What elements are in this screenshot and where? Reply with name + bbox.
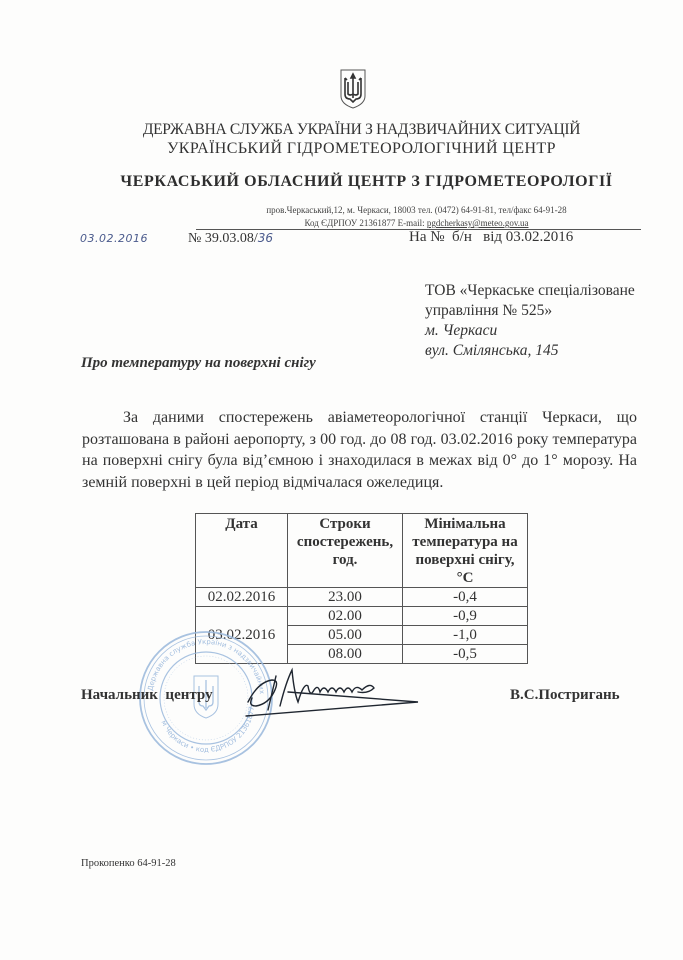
cell-time: 02.00	[288, 607, 403, 626]
header-observation-time: Строки спостережень, год.	[288, 514, 403, 588]
body-paragraph: За даними спостережень авіаметеорологічн…	[82, 407, 637, 493]
reference-number: На № б/н від 03.02.2016	[409, 229, 573, 246]
header-date: Дата	[196, 514, 288, 588]
cell-temp: -0,4	[403, 588, 528, 607]
signatory-name: В.С.Постригань	[510, 687, 620, 704]
cell-date: 02.02.2016	[196, 588, 288, 607]
cell-temp: -0,5	[403, 645, 528, 664]
signatory-title: Начальник центру	[81, 687, 213, 704]
outgoing-number: № 39.03.08/36	[188, 231, 273, 247]
center-name: УКРАЇНСЬКИЙ ГІДРОМЕТЕОРОЛОГІЧНИЙ ЦЕНТР	[0, 140, 683, 158]
handwritten-signature-icon	[238, 662, 438, 722]
addressee-line2: управління № 525»	[425, 301, 635, 321]
number-prefix: № 39.03.08/	[188, 231, 258, 246]
letter-body: За даними спостережень авіаметеорологічн…	[82, 407, 637, 493]
email-link[interactable]: pgdcherkasy@meteo.gov.ua	[427, 218, 529, 228]
cell-time: 08.00	[288, 645, 403, 664]
table-row: 03.02.2016 02.00 -0,9	[196, 607, 528, 626]
organization-name: ЧЕРКАСЬКИЙ ОБЛАСНИЙ ЦЕНТР З ГІДРОМЕТЕОРО…	[0, 173, 683, 191]
header-min-temperature: Мінімальна температура на поверхні снігу…	[403, 514, 528, 588]
table-header-row: Дата Строки спостережень, год. Мінімальн…	[196, 514, 528, 588]
letter-subject: Про температуру на поверхні снігу	[81, 355, 316, 372]
handwritten-date: 03.02.2016	[80, 232, 148, 245]
addressee-city: м. Черкаси	[425, 321, 635, 341]
cell-time: 23.00	[288, 588, 403, 607]
address-line: пров.Черкаський,12, м. Черкаси, 18003 те…	[0, 205, 683, 215]
number-handwritten: 36	[258, 231, 273, 245]
executor-contact: Прокопенко 64-91-28	[81, 858, 176, 869]
table-row: 02.02.2016 23.00 -0,4	[196, 588, 528, 607]
agency-name: ДЕРЖАВНА СЛУЖБА УКРАЇНИ З НАДЗВИЧАЙНИХ С…	[0, 121, 683, 139]
addressee-block: ТОВ «Черкаське спеціалізоване управління…	[425, 281, 635, 361]
cell-temp: -1,0	[403, 626, 528, 645]
trident-coat-of-arms-icon	[338, 68, 368, 110]
cell-time: 05.00	[288, 626, 403, 645]
addressee-line1: ТОВ «Черкаське спеціалізоване	[425, 281, 635, 301]
addressee-street: вул. Смілянська, 145	[425, 341, 635, 361]
cell-temp: -0,9	[403, 607, 528, 626]
code-email-line: Код ЄДРПОУ 21361877 E-mail: pgdcherkasy@…	[0, 218, 683, 228]
code-label: Код ЄДРПОУ 21361877 E-mail:	[305, 218, 427, 228]
